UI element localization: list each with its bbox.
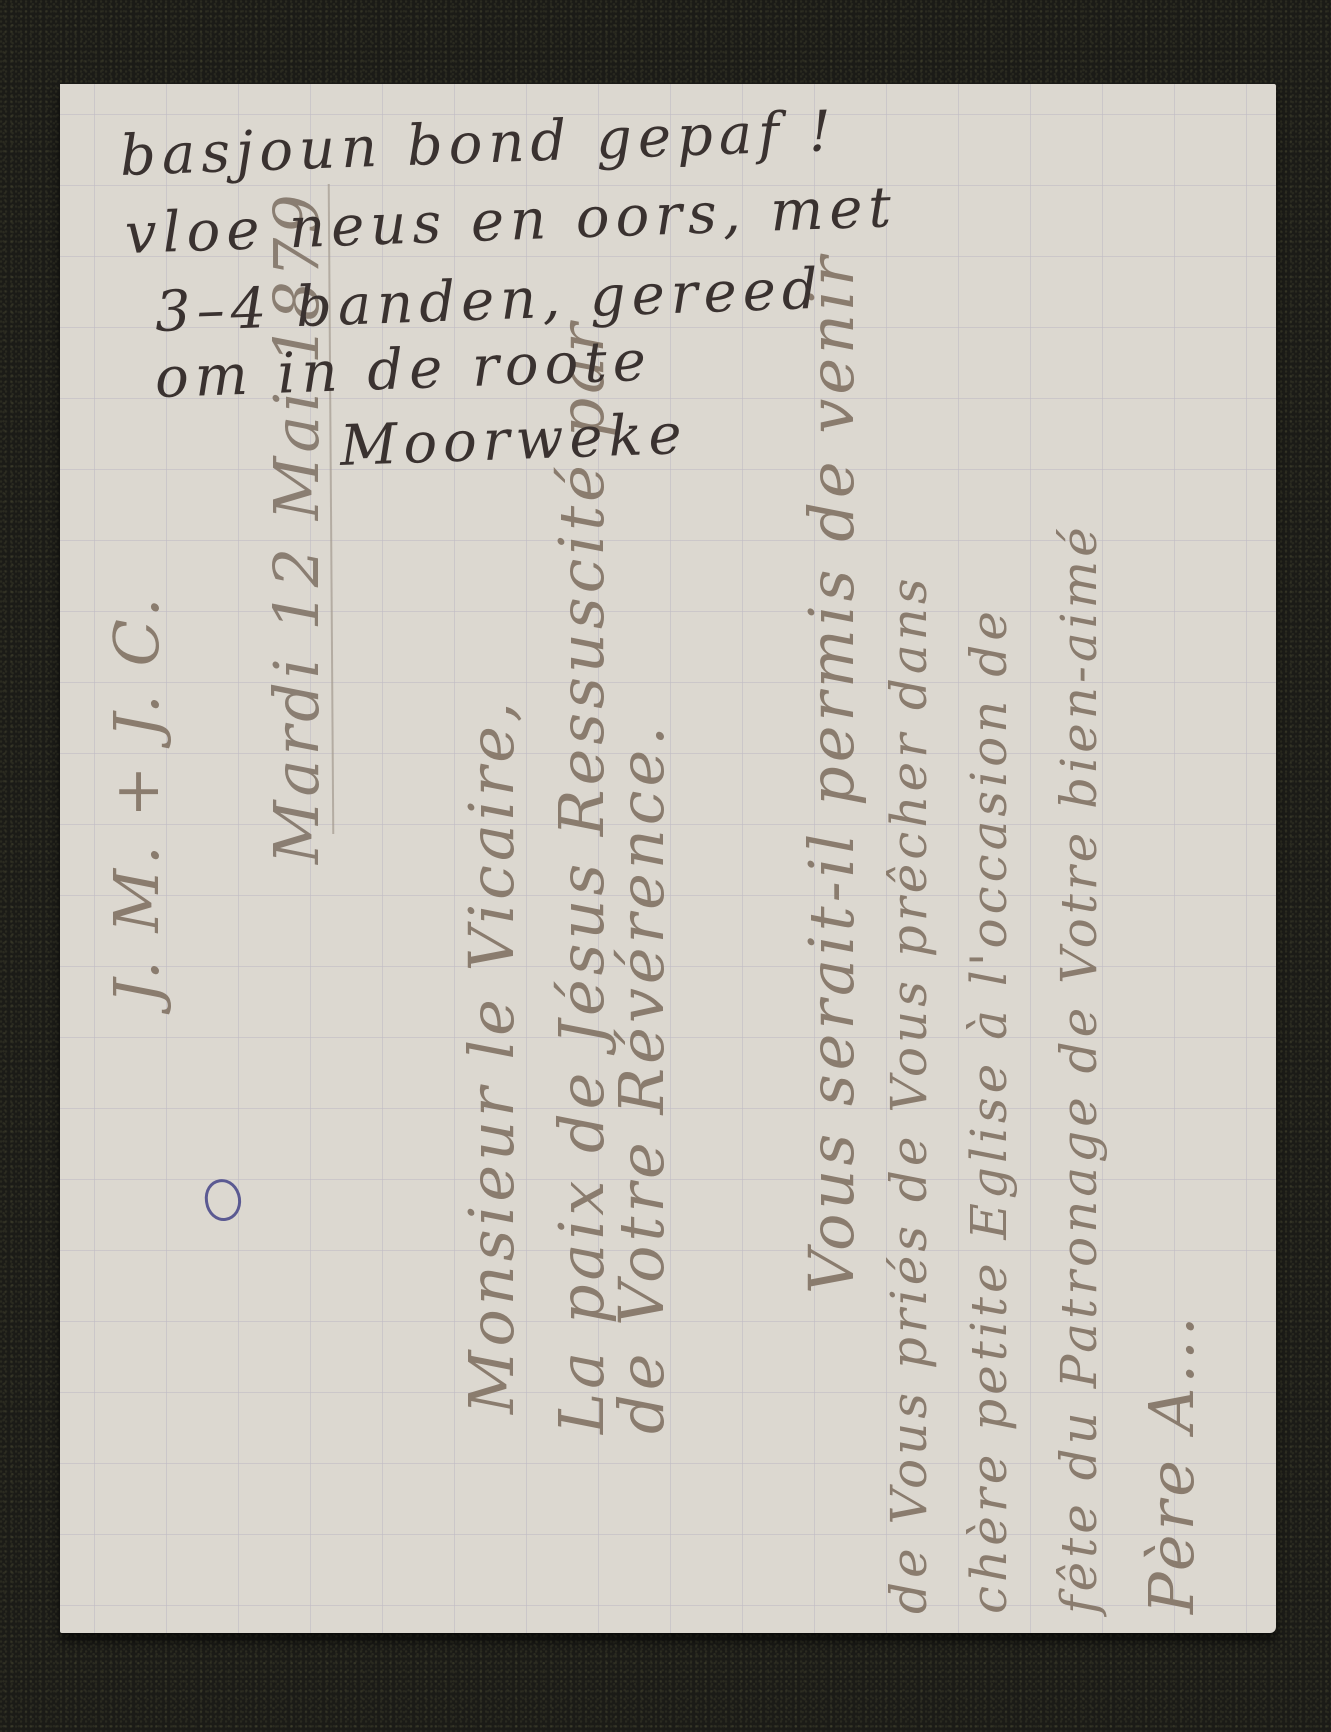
letter-line: chère petite Eglise à l'occasion de [960,607,1018,1614]
annotation-line: Moorweke [339,402,689,479]
letter-paper: J. M. + J. C. Mardi 12 Mai 1879 Monsieur… [60,84,1276,1633]
letter-line: Vous serait-il permis de venir [795,253,868,1294]
letter-line: de Votre Révérence. [605,722,678,1434]
pencil-circle-mark [202,1177,243,1224]
letter-line: Père A... [1135,1312,1208,1614]
letter-line: de Vous priés de Vous prêcher dans [880,574,938,1614]
letter-heading: J. M. + J. C. [100,594,173,1004]
letter-salutation: Monsieur le Vicaire, [455,698,528,1414]
annotation-line: 3–4 banden, gereed [154,257,825,345]
letter-line: fête du Patronage de Votre bien-aimé [1050,523,1108,1614]
annotation-line: vloe neus en oors, met [124,175,898,267]
annotation-line: basjoun bond gepaf ! [119,99,838,189]
